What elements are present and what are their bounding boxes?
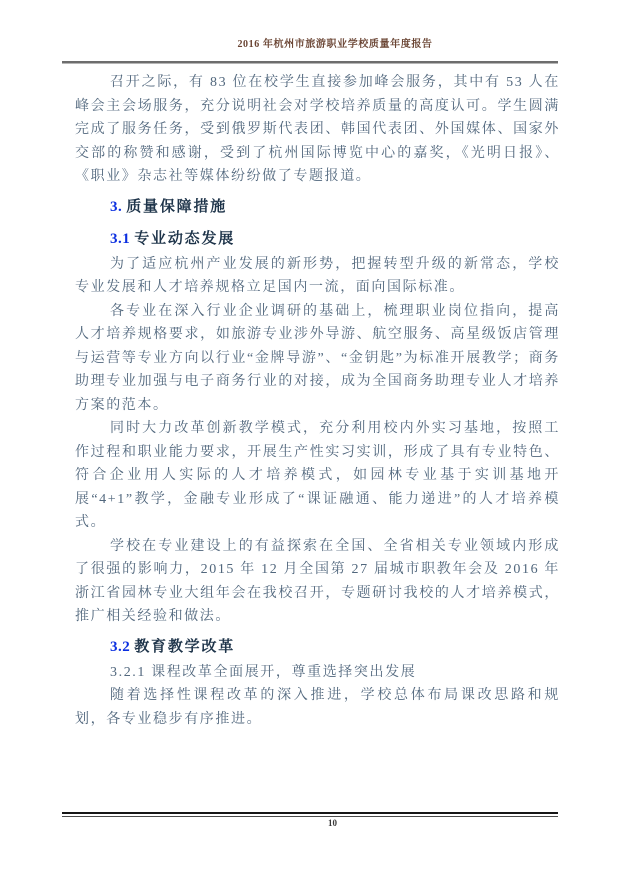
paragraph-summit-service: 召开之际，有 83 位在校学生直接参加峰会服务，其中有 53 人在峰会主会场服务…	[75, 71, 560, 189]
document-page: 2016 年杭州市旅游职业学校质量年度报告 召开之际，有 83 位在校学生直接参…	[0, 0, 620, 877]
section-heading-3: 3.质量保障措施	[75, 193, 560, 221]
section-title-3-1: 专业动态发展	[134, 231, 235, 247]
section-number-3: 3.	[110, 199, 122, 215]
document-body: 召开之际，有 83 位在校学生直接参加峰会服务，其中有 53 人在峰会主会场服务…	[75, 71, 560, 731]
section-title-3: 质量保障措施	[126, 199, 227, 215]
paragraph-curriculum-reform: 随着选择性课程改革的深入推进，学校总体布局课改思路和规划，各专业稳步有序推进。	[75, 684, 560, 731]
paragraph-influence: 学校在专业建设上的有益探索在全国、全省相关专业领域内形成了很强的影响力，2015…	[75, 535, 560, 629]
page-number: 10	[62, 818, 558, 828]
section-number-3-1: 3.1	[110, 231, 130, 247]
paragraph-industry-trend: 为了适应杭州产业发展的新形势，把握转型升级的新常态，学校专业发展和人才培养规格立…	[75, 253, 560, 300]
subsection-heading-3-2-1: 3.2.1 课程改革全面展开，尊重选择突出发展	[75, 661, 560, 685]
section-title-3-2: 教育教学改革	[134, 639, 235, 655]
footer-rule	[62, 812, 558, 817]
paragraph-teaching-reform: 同时大力改革创新教学模式，充分利用校内外实习基地，按照工作过程和职业能力要求，开…	[75, 417, 560, 535]
section-heading-3-2: 3.2教育教学改革	[75, 633, 560, 661]
header-title: 2016 年杭州市旅游职业学校质量年度报告	[62, 35, 558, 50]
section-heading-3-1: 3.1专业动态发展	[75, 225, 560, 253]
paragraph-major-research: 各专业在深入行业企业调研的基础上，梳理职业岗位指向，提高人才培养规格要求，如旅游…	[75, 300, 560, 418]
header-rule	[62, 61, 558, 64]
section-number-3-2: 3.2	[110, 639, 130, 655]
